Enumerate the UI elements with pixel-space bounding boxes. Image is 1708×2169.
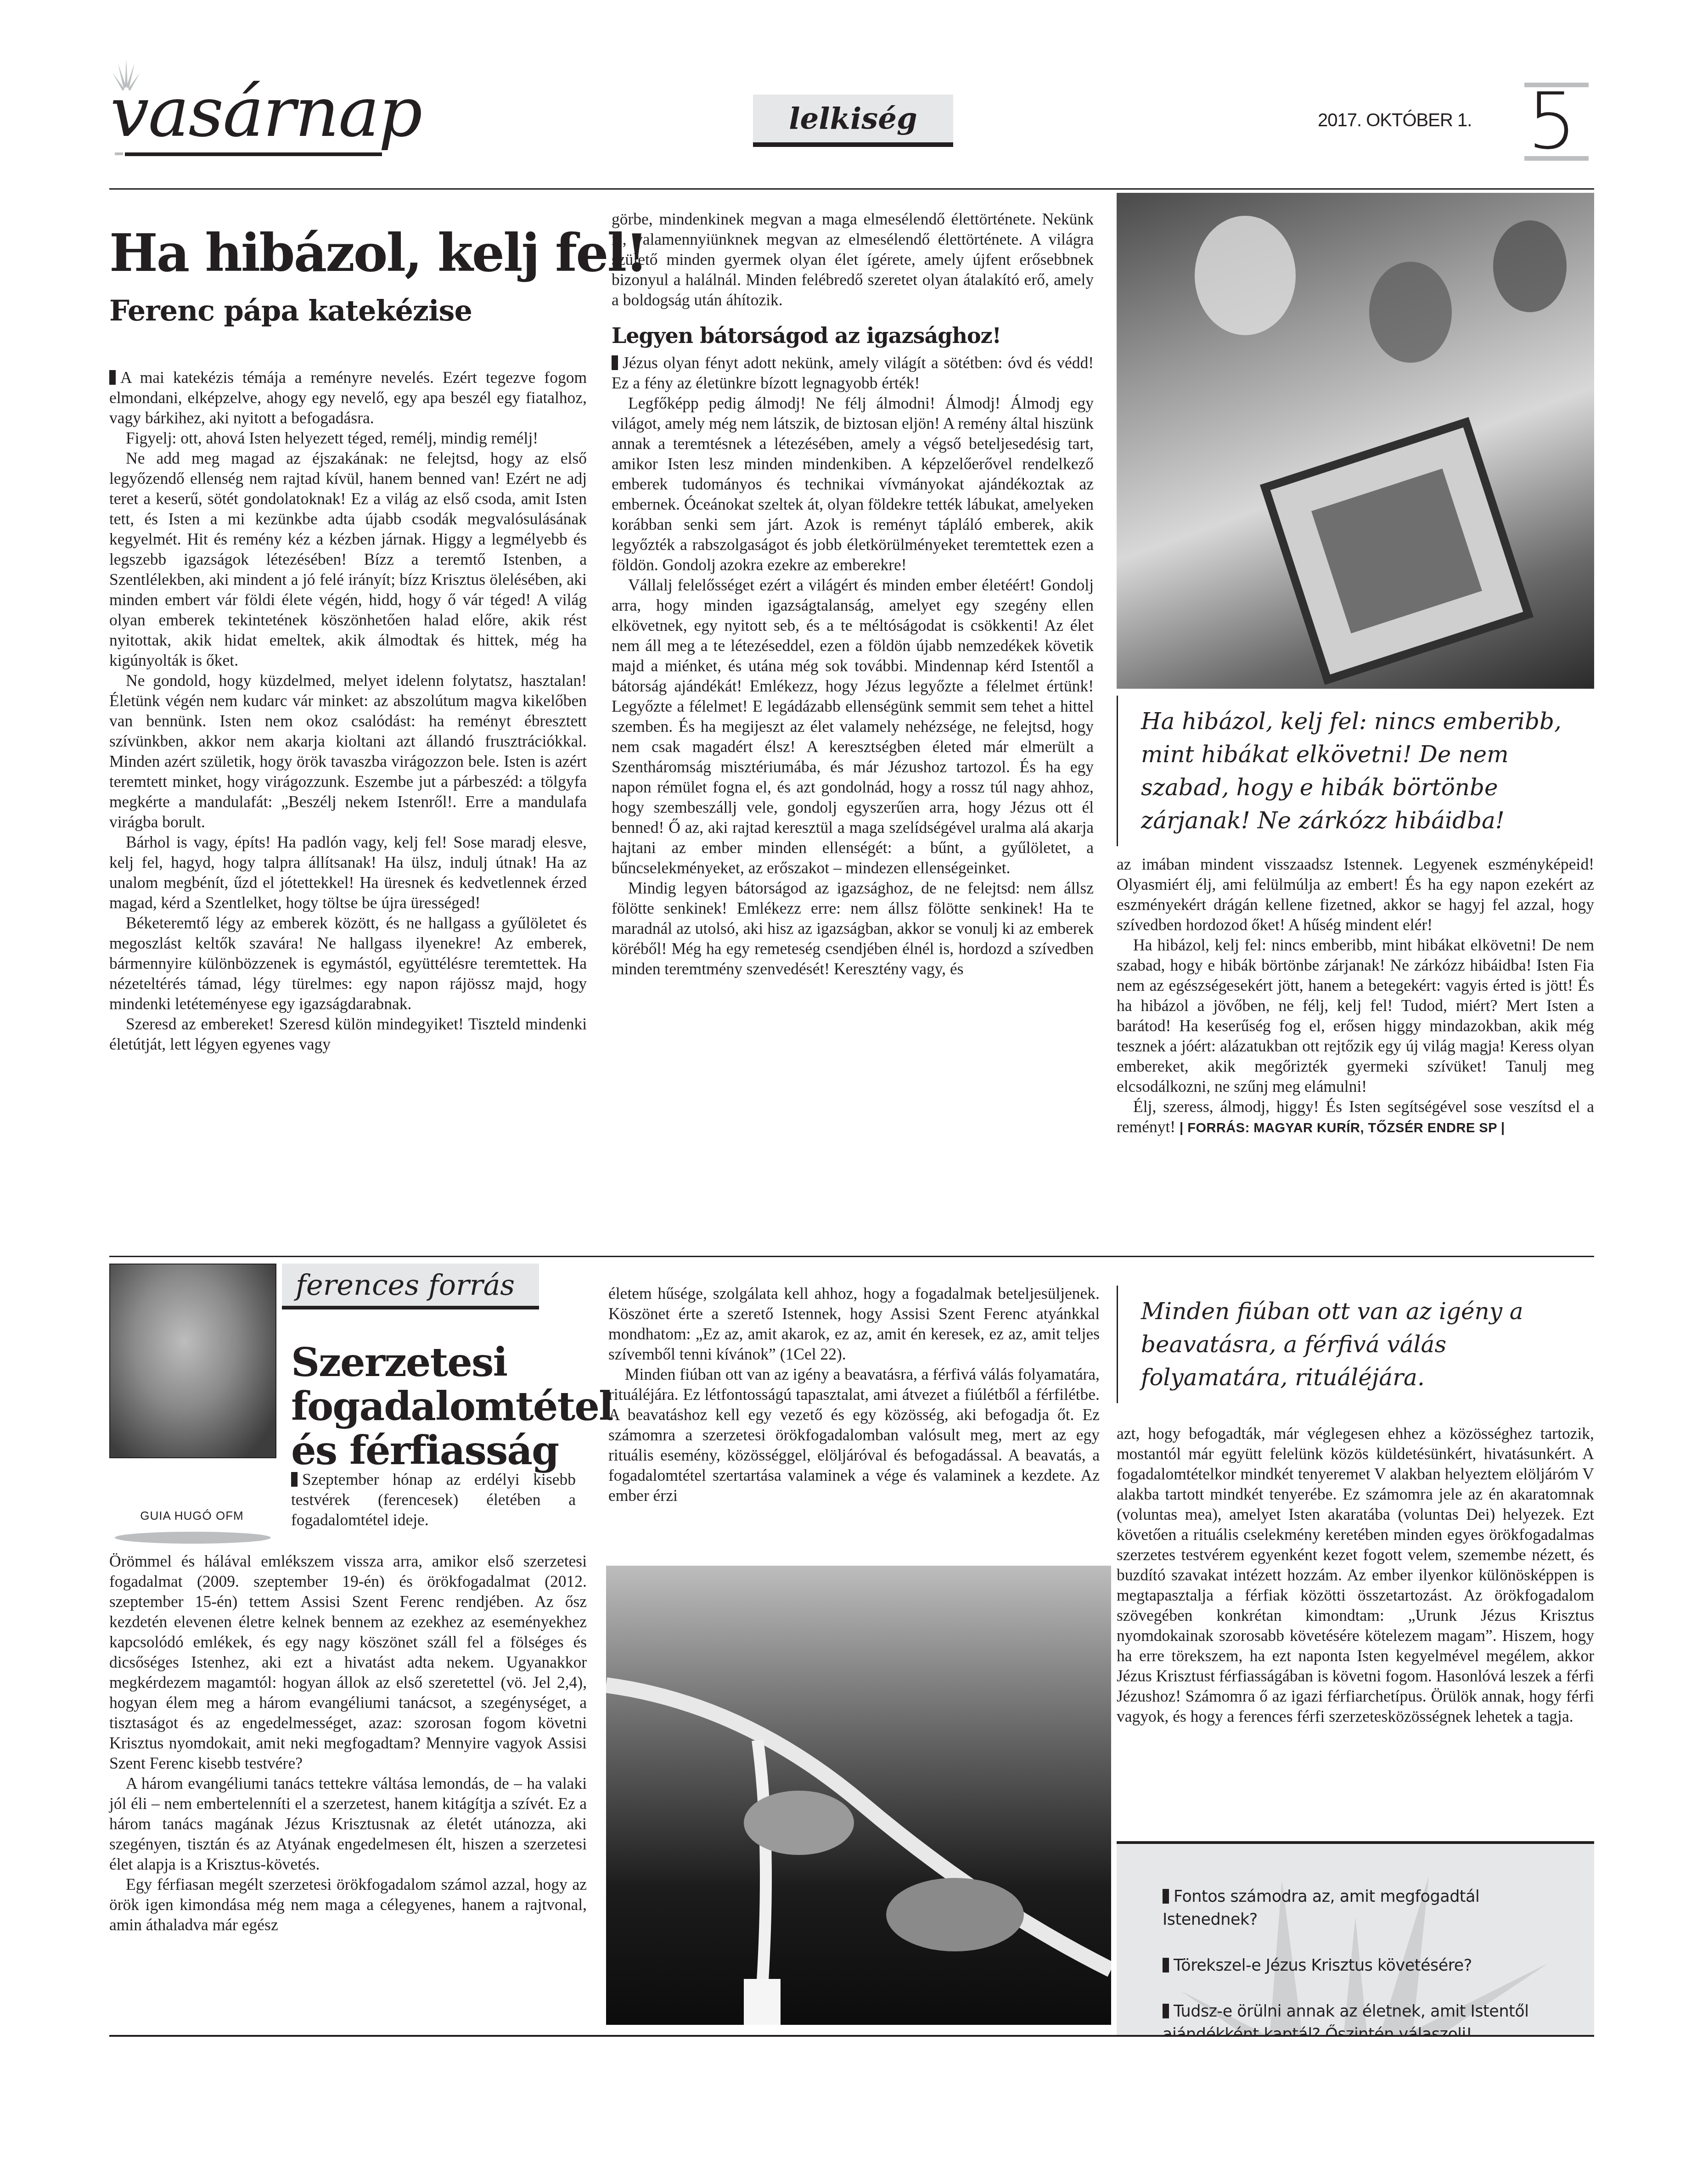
article1-subheading: Legyen bátorságod az igazsághoz! [612,324,1094,348]
paragraph: Ne add meg magad az éjszakának: ne felej… [109,448,587,670]
article2-title: Szerzetesi fogadalomtétel és férfiasság [291,1341,613,1473]
page-number-bar-bottom [1524,156,1589,161]
paragraph: Béketeremtő légy az emberek között, és n… [109,913,587,1014]
article2-lead: Szeptember hónap az erdélyi kisebb testv… [291,1469,576,1530]
paragraph: életem hűsége, szolgálata kell ahhoz, ho… [608,1283,1100,1364]
paragraph: A három evangéliumi tanács tettekre vált… [109,1773,587,1874]
header-rule [109,188,1594,190]
paragraph: Szeresd az embereket! Szeresd külön mind… [109,1014,587,1054]
section-label: lelkiség [753,95,953,147]
rope-photo-placeholder-icon [606,1566,1111,2025]
author-name-underline [115,1532,271,1544]
paragraph: Minden fiúban ott van az igény a beavatá… [608,1364,1100,1506]
paragraph: az imában mindent visszaadsz Istennek. L… [1117,854,1594,935]
paragraph: Ne gondold, hogy küzdelmed, melyet idele… [109,670,587,832]
article1-subtitle: Ferenc pápa katekézise [109,294,472,327]
masthead-logo: vasárnap [110,78,421,147]
paragraph: Örömmel és hálával emlékszem vissza arra… [109,1551,587,1773]
paragraph: azt, hogy befogadták, már véglegesen ehh… [1117,1423,1594,1726]
article2-column-3: azt, hogy befogadták, már véglegesen ehh… [1117,1423,1594,1726]
author-name: GUIA HUGÓ OFM [109,1509,275,1523]
author-photo [109,1264,276,1458]
masthead-accent [115,152,123,155]
section-label-text: lelkiség [789,101,917,136]
paragraph: Szeptember hónap az erdélyi kisebb testv… [291,1469,576,1530]
lead-marker-icon [1163,1958,1169,1972]
questions-list: Fontos számodra az, amit megfogadtál Ist… [1163,1885,1567,2037]
rope-photo [606,1566,1111,2025]
paragraph: A mai katekézis témája a reményre nevelé… [109,367,587,428]
lead-marker-icon [109,370,116,385]
question-item: Fontos számodra az, amit megfogadtál Ist… [1163,1885,1567,1931]
issue-date: 2017. OKTÓBER 1. [1318,110,1472,131]
series-label: ferences forrás [282,1264,539,1309]
paragraph: görbe, mindenkinek megvan a maga elmesél… [612,209,1094,310]
page-number: 5 [1515,83,1589,161]
paragraph: Egy férfiasan megélt szerzetesi örökfoga… [109,1874,587,1935]
reflection-questions-box: Fontos számodra az, amit megfogadtál Ist… [1117,1841,1594,2037]
series-label-text: ferences forrás [296,1268,515,1302]
article1-title: Ha hibázol, kelj fel! [109,225,646,281]
masthead-underline [125,152,382,156]
paragraph: Legfőképp pedig álmodj! Ne félj álmodni!… [612,393,1094,575]
paragraph: Bárhol is vagy, építs! Ha padlón vagy, k… [109,832,587,913]
section-divider [109,1256,1594,1257]
article1-column-2: görbe, mindenkinek megvan a maga elmesél… [612,209,1094,979]
lead-marker-icon [1163,1889,1169,1904]
lead-marker-icon [612,355,618,370]
paragraph: Élj, szeress, álmodj, higgy! És Isten se… [1117,1096,1594,1138]
article2-column-1: Örömmel és hálával emlékszem vissza arra… [109,1551,587,1935]
question-item: Tudsz-e örülni annak az életnek, amit Is… [1163,2000,1567,2037]
source-credit: | FORRÁS: MAGYAR KURÍR, TŐZSÉR ENDRE SP … [1180,1121,1505,1135]
paragraph: Figyelj: ott, ahová Isten helyezett tége… [109,428,587,448]
paragraph: Vállalj felelősséget ezért a világért és… [612,575,1094,878]
lead-marker-icon [1163,2004,1169,2018]
article2-column-2: életem hűsége, szolgálata kell ahhoz, ho… [608,1283,1100,1506]
question-item: Törekszel-e Jézus Krisztus követésére? [1163,1954,1567,1977]
article2-pullquote: Minden fiúban ott van az igény a beavatá… [1117,1286,1582,1403]
paragraph: Mindig legyen bátorságod az igazsághoz, … [612,878,1094,979]
article1-column-1: A mai katekézis témája a reményre nevelé… [109,367,587,1054]
paragraph: Jézus olyan fényt adott nekünk, amely vi… [612,353,1094,393]
article1-pullquote: Ha hibázol, kelj fel: nincs emberibb, mi… [1117,696,1582,846]
article1-column-3: az imában mindent visszaadsz Istennek. L… [1117,854,1594,1138]
page-bottom-rule [109,2035,1594,2037]
lead-marker-icon [291,1472,298,1487]
paragraph: Ha hibázol, kelj fel: nincs emberibb, mi… [1117,935,1594,1096]
main-photo [1117,193,1594,689]
photo-placeholder-icon [1117,193,1594,689]
